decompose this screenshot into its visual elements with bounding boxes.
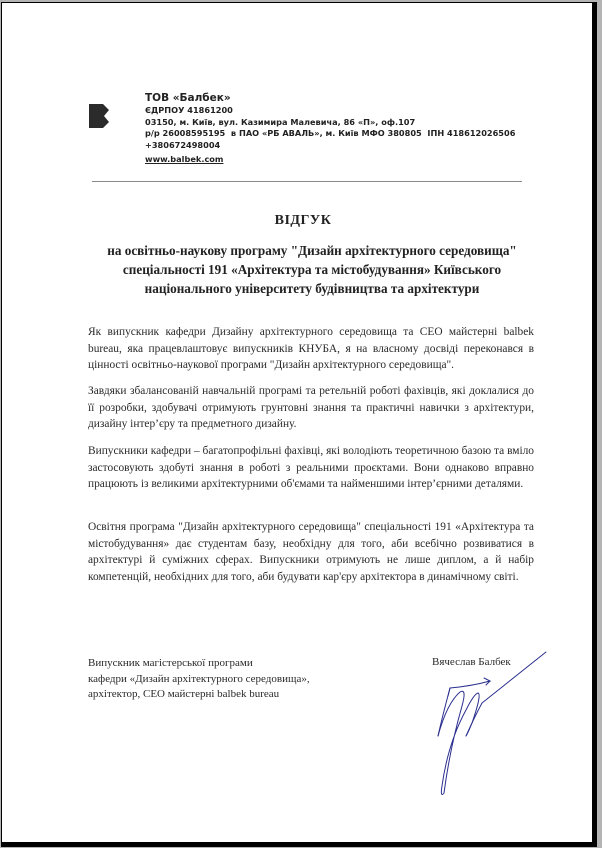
company-address: 03150, м. Київ, вул. Казимира Малевича, … (145, 117, 515, 129)
company-edrpou: ЄДРПОУ 41861200 (145, 105, 515, 117)
signer-position: Випускник магістерської програми кафедри… (88, 656, 310, 703)
company-phone: +380672498004 (145, 140, 515, 152)
letterhead: ТОВ «Балбек» ЄДРПОУ 41861200 03150, м. К… (145, 91, 515, 165)
company-name: ТОВ «Балбек» (145, 91, 515, 105)
signer-position-line-1: Випускник магістерської програми (88, 656, 310, 672)
document-title: ВІДГУК (2, 213, 602, 229)
company-bank-details: р/р 26008595195 в ПАО «РБ АВАЛЬ», м. Киї… (145, 128, 515, 140)
header-divider (92, 181, 522, 182)
document-page: ТОВ «Балбек» ЄДРПОУ 41861200 03150, м. К… (1, 2, 597, 847)
document-subtitle: на освітньо-наукову програму "Дизайн арх… (82, 241, 542, 298)
balbek-logo-icon (89, 104, 109, 128)
signer-position-line-3: архітектор, CEO майстерні balbek bureau (88, 687, 310, 703)
paragraph-1: Як випускник кафедри Дизайну архітектурн… (88, 324, 534, 374)
signer-position-line-2: кафедри «Дизайн архітектурного середовищ… (88, 672, 310, 688)
paragraph-2: Завдяки збалансованій навчальній програм… (88, 383, 534, 433)
company-website-link[interactable]: www.balbek.com (145, 153, 515, 165)
paragraph-4: Освітня програма "Дизайн архітектурного … (88, 519, 534, 585)
paragraph-3: Випускники кафедри – багатопрофільні фах… (88, 443, 534, 493)
handwritten-signature-icon (422, 648, 547, 798)
